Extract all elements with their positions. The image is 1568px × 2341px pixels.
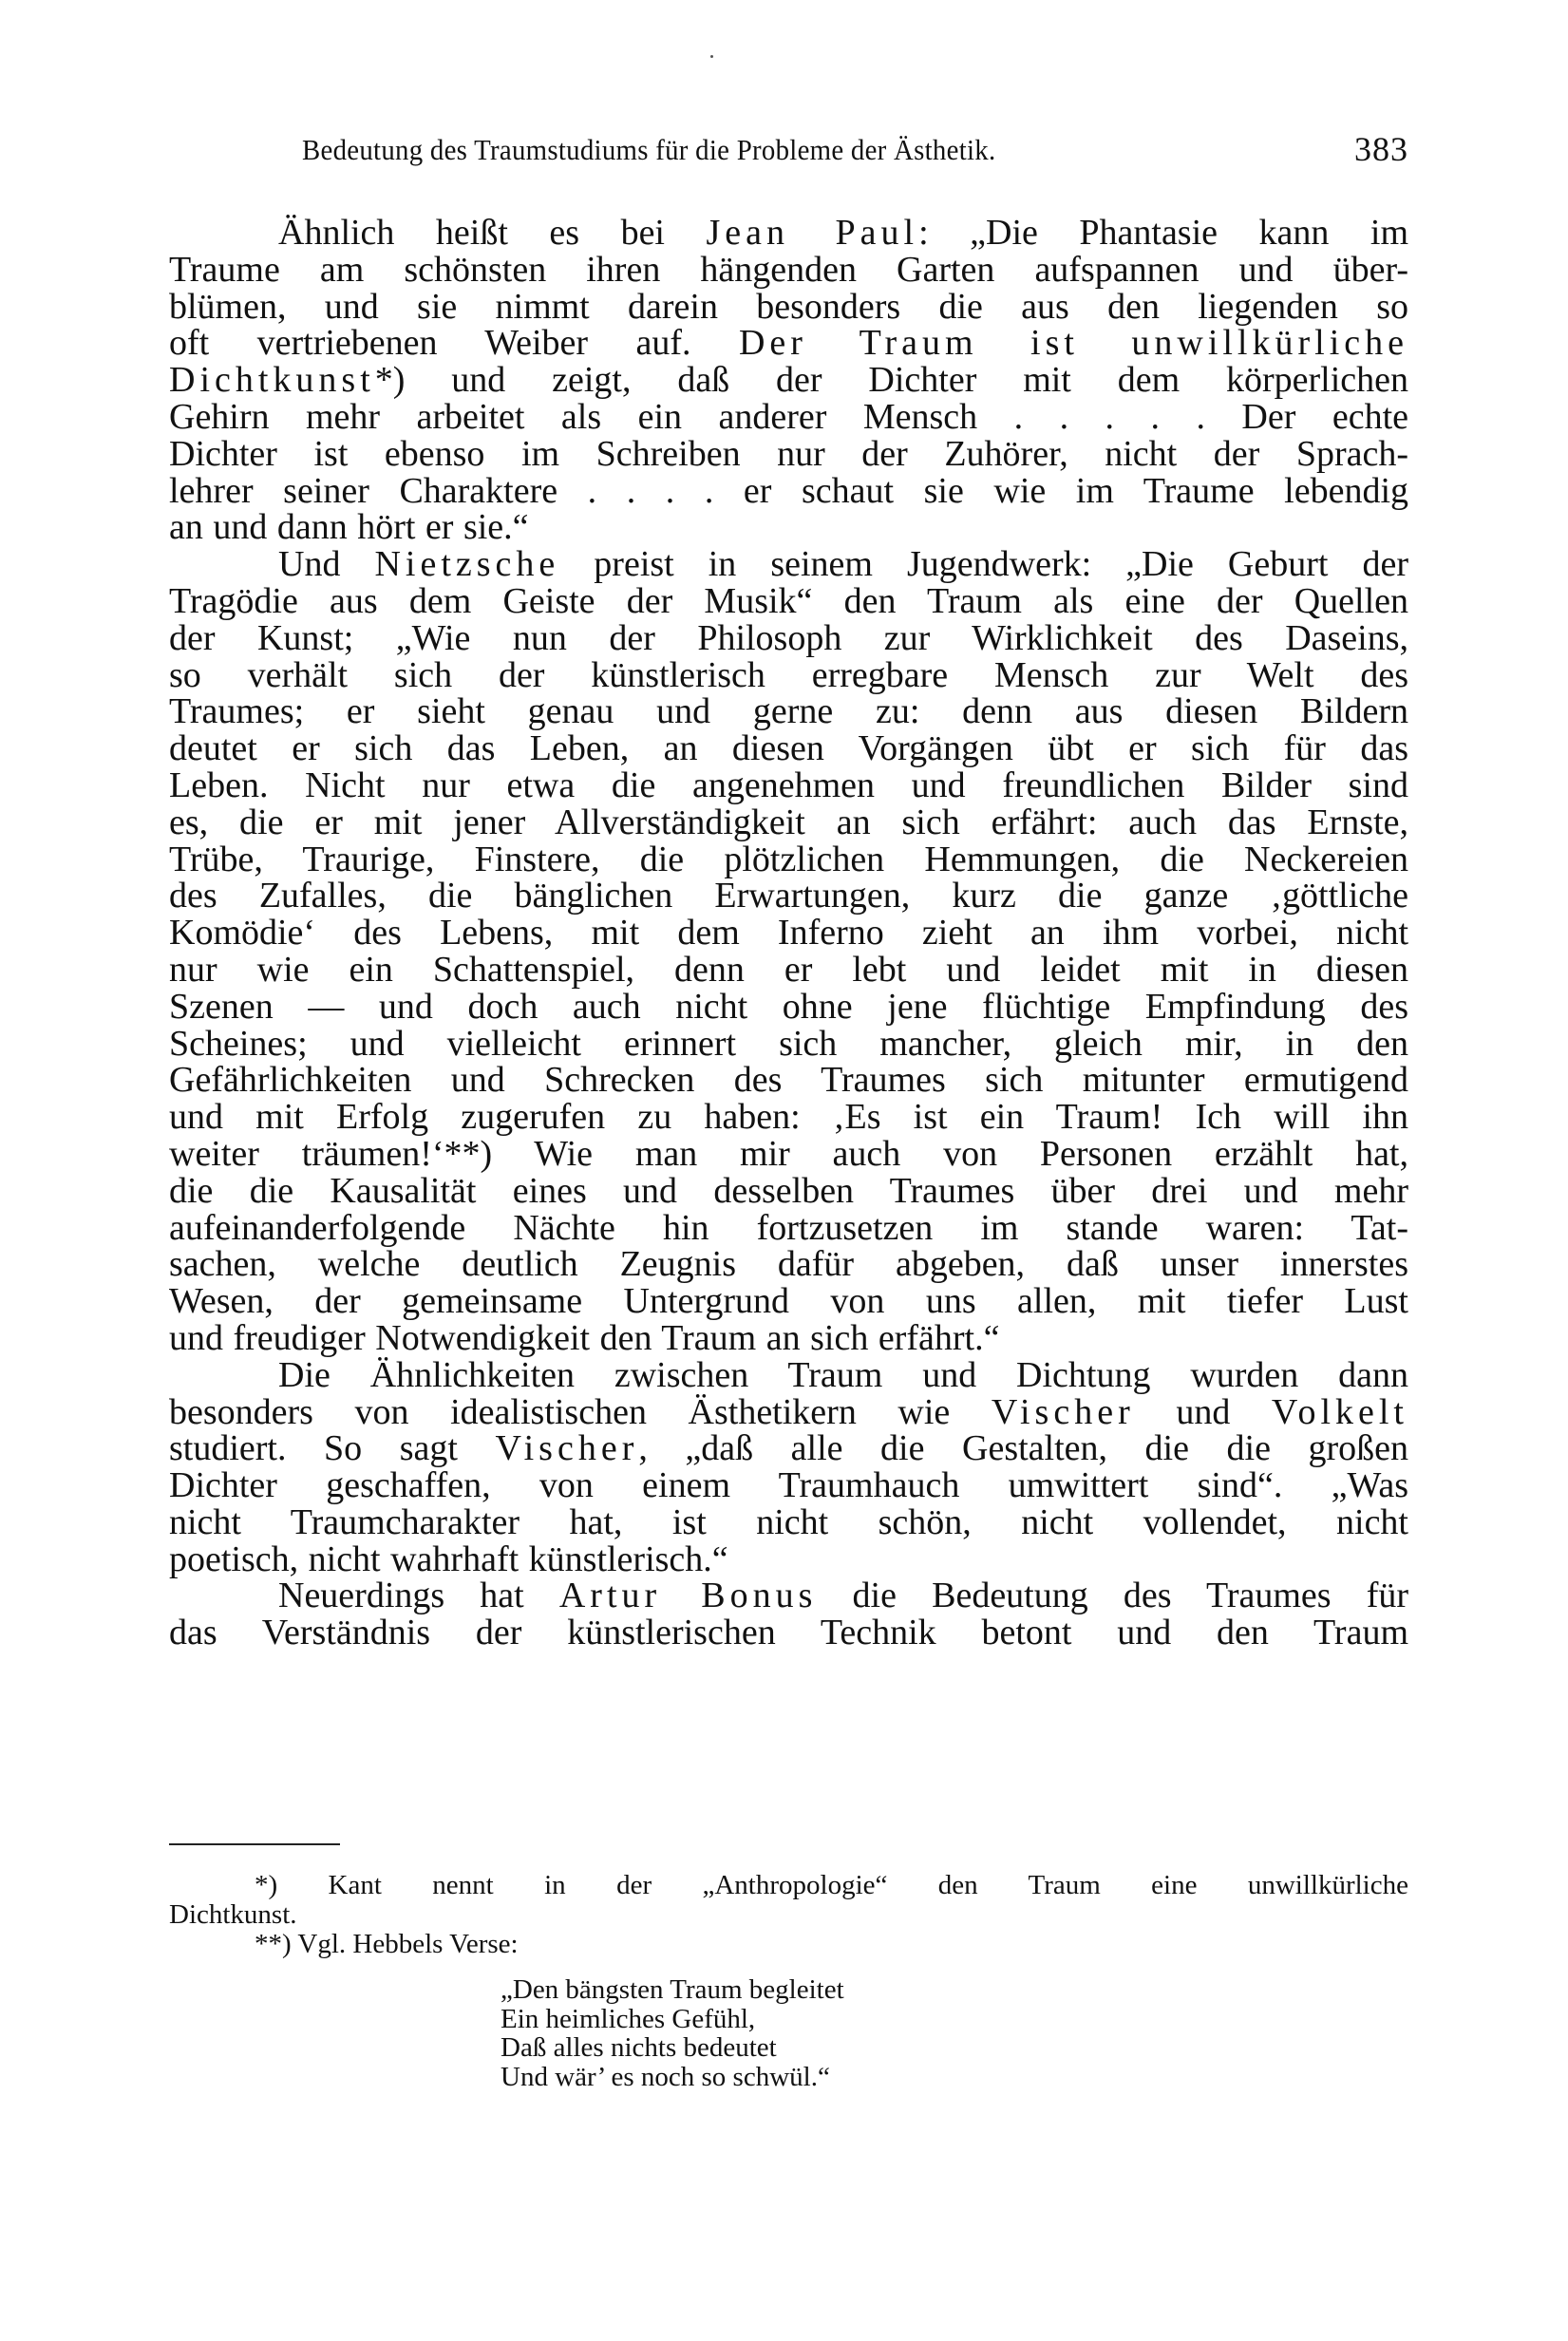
text-line: Komödie‘ des Lebens, mit dem Inferno zie… — [169, 915, 1408, 952]
text-line: poetisch, nicht wahrhaft künstlerisch.“ — [169, 1541, 1408, 1578]
text-line: blümen, und sie nimmt darein besonders d… — [169, 289, 1408, 326]
text-line: nur wie ein Schattenspiel, denn er lebt … — [169, 952, 1408, 989]
book-page: Bedeutung des Traumstudiums für die Prob… — [0, 0, 1568, 2341]
footnote-line: **) Vgl. Hebbels Verse: — [169, 1930, 1408, 1959]
text-line: so verhält sich der künstlerisch erregba… — [169, 657, 1408, 694]
text-line: Traumes; er sieht genau und gerne zu: de… — [169, 693, 1408, 730]
text-line: es, die er mit jener Allverständigkeit a… — [169, 804, 1408, 841]
text-line: und freudiger Notwendigkeit den Traum an… — [169, 1320, 1408, 1357]
spaced-name: Der Traum ist unwillkürliche — [739, 323, 1408, 363]
text-line: Dichter geschaffen, von einem Traumhauch… — [169, 1467, 1408, 1504]
running-head: Bedeutung des Traumstudiums für die Prob… — [302, 133, 1408, 171]
text-line: Dichtkunst*) und zeigt, daß der Dichter … — [169, 362, 1408, 399]
spaced-name: Volkelt — [1272, 1392, 1408, 1432]
footnotes: *) Kant nennt in der „Anthropologie“ den… — [169, 1871, 1408, 1959]
text-line: lehrer seiner Charaktere . . . . er scha… — [169, 473, 1408, 510]
verse-line: Ein heimliches Gefühl, — [501, 2005, 844, 2034]
text-line: Tragödie aus dem Geiste der Musik“ den T… — [169, 583, 1408, 620]
verse-line: Und wär’ es noch so schwül.“ — [501, 2063, 844, 2092]
footnote-line: *) Kant nennt in der „Anthropologie“ den… — [169, 1871, 1408, 1900]
text-line: Dichter ist ebenso im Schreiben nur der … — [169, 436, 1408, 473]
text-line: Gefährlichkeiten und Schrecken des Traum… — [169, 1062, 1408, 1099]
footnote-line: Dichtkunst. — [169, 1900, 1408, 1930]
text-line: des Zufalles, die bänglichen Erwartungen… — [169, 878, 1408, 915]
text-line: sachen, welche deutlich Zeugnis dafür ab… — [169, 1246, 1408, 1283]
running-title: Bedeutung des Traumstudiums für die Prob… — [302, 133, 995, 167]
footnote-rule — [169, 1843, 340, 1845]
scan-speck — [710, 55, 713, 58]
page-number: 383 — [1354, 129, 1408, 169]
verse-line: „Den bängsten Traum begleitet — [501, 1975, 844, 2005]
text-line: Wesen, der gemeinsame Untergrund von uns… — [169, 1283, 1408, 1320]
text-line: Leben. Nicht nur etwa die angenehmen und… — [169, 767, 1408, 804]
text-line: Scheines; und vielleicht erinnert sich m… — [169, 1026, 1408, 1063]
text-line: der Kunst; „Wie nun der Philosoph zur Wi… — [169, 620, 1408, 657]
text-line: aufeinanderfolgende Nächte hin fortzuset… — [169, 1210, 1408, 1247]
text-line: Trübe, Traurige, Finstere, die plötzlich… — [169, 841, 1408, 878]
spaced-name: Vischer — [992, 1392, 1135, 1432]
text-line: Traume am schönsten ihren hängenden Gart… — [169, 252, 1408, 289]
spaced-name: Jean Paul — [707, 213, 919, 253]
text-line: studiert. So sagt Vischer, „daß alle die… — [169, 1430, 1408, 1467]
text-line: Gehirn mehr arbeitet als ein anderer Men… — [169, 399, 1408, 436]
text-line: das Verständnis der künstlerischen Techn… — [169, 1614, 1408, 1652]
verse-line: Daß alles nichts bedeutet — [501, 2033, 844, 2063]
footnote-verse: „Den bängsten Traum begleitetEin heimlic… — [501, 1975, 844, 2091]
text-line: oft vertriebenen Weiber auf. Der Traum i… — [169, 325, 1408, 362]
text-line: an und dann hört er sie.“ — [169, 509, 1408, 546]
spaced-name: Vischer — [495, 1428, 638, 1468]
spaced-name: Artur Bonus — [559, 1576, 818, 1615]
text-line: nicht Traumcharakter hat, ist nicht schö… — [169, 1504, 1408, 1541]
text-line: Und Nietzsche preist in seinem Jugendwer… — [169, 546, 1408, 583]
text-line: Neuerdings hat Artur Bonus die Bedeutung… — [169, 1577, 1408, 1614]
text-line: besonders von idealistischen Ästhetikern… — [169, 1394, 1408, 1431]
text-line: und mit Erfolg zugerufen zu haben: ‚Es i… — [169, 1099, 1408, 1136]
text-line: Ähnlich heißt es bei Jean Paul: „Die Pha… — [169, 215, 1408, 252]
text-line: deutet er sich das Leben, an diesen Vorg… — [169, 730, 1408, 767]
text-line: Szenen — und doch auch nicht ohne jene f… — [169, 989, 1408, 1026]
body-text: Ähnlich heißt es bei Jean Paul: „Die Pha… — [169, 215, 1408, 1652]
spaced-name: Dichtkunst — [169, 360, 375, 400]
text-line: die die Kausalität eines und desselben T… — [169, 1173, 1408, 1210]
text-line: Die Ähnlichkeiten zwischen Traum und Dic… — [169, 1357, 1408, 1394]
spaced-name: Nietzsche — [374, 544, 559, 584]
text-line: weiter träumen!‘**) Wie man mir auch von… — [169, 1136, 1408, 1173]
